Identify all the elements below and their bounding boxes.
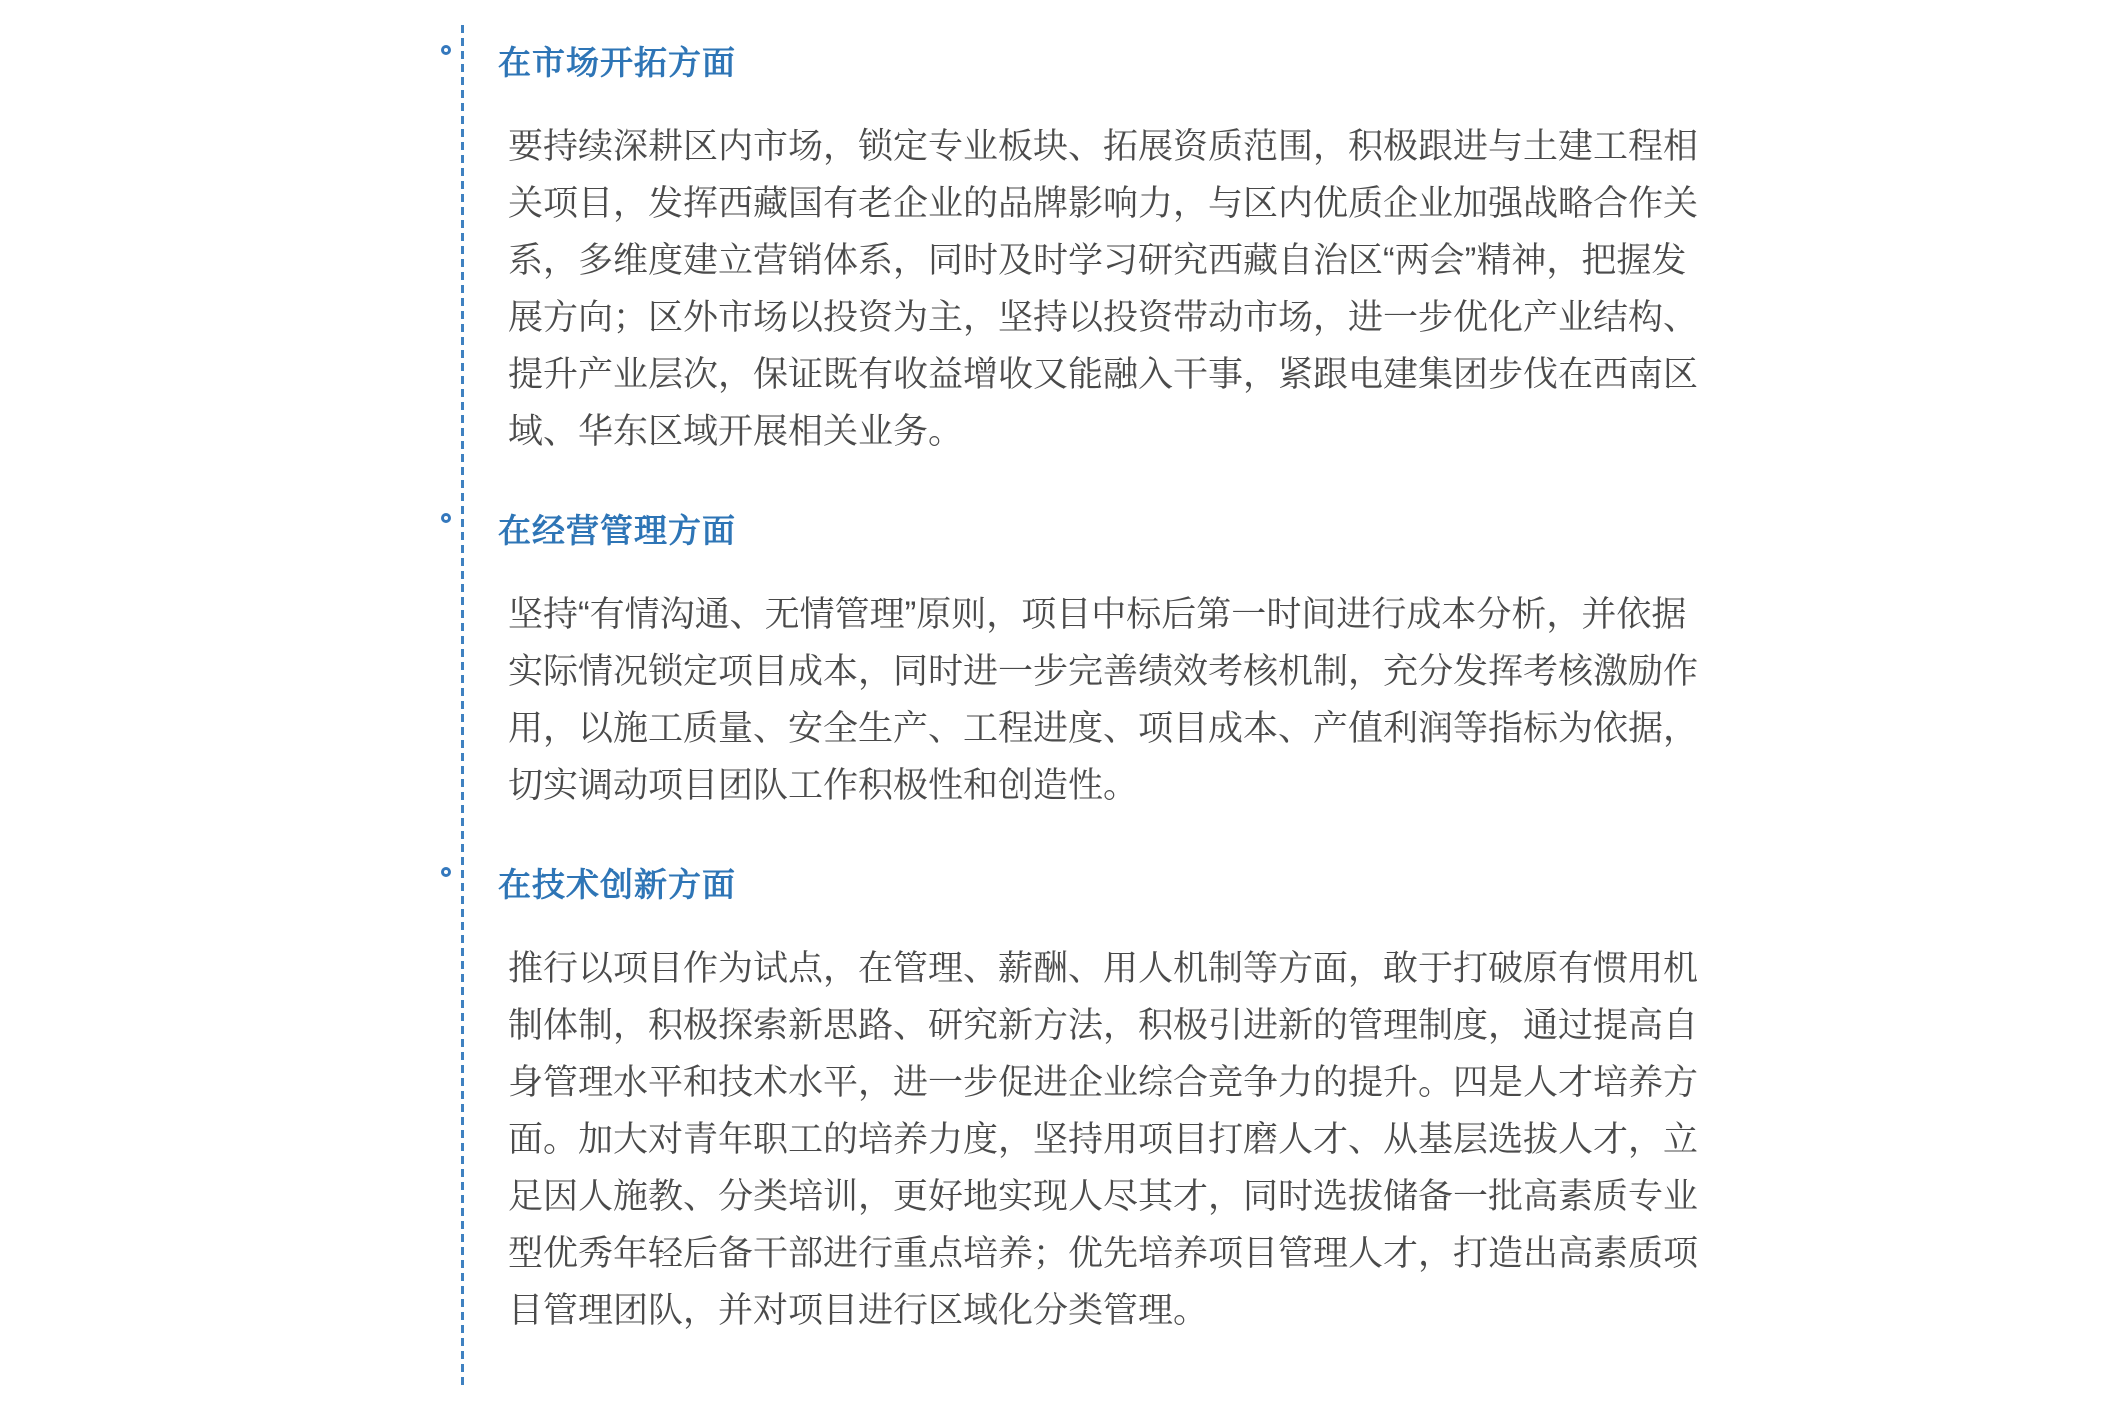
- paragraph-line: 目管理团队，并对项目进行区域化分类管理。: [508, 1282, 1788, 1339]
- section-paragraph: 坚持“有情沟通、无情管理”原则，项目中标后第一时间进行成本分析，并依据 实际情况…: [498, 586, 1788, 814]
- section-heading: 在技术创新方面: [498, 863, 1788, 907]
- section-paragraph: 要持续深耕区内市场，锁定专业板块、拓展资质范围，积极跟进与土建工程相 关项目，发…: [498, 118, 1788, 460]
- document-page: 在市场开拓方面 要持续深耕区内市场，锁定专业板块、拓展资质范围，积极跟进与土建工…: [0, 0, 2110, 1402]
- section-paragraph: 推行以项目作为试点，在管理、薪酬、用人机制等方面，敢于打破原有惯用机 制体制，积…: [498, 940, 1788, 1339]
- section-heading: 在市场开拓方面: [498, 41, 1788, 85]
- paragraph-line: 坚持“有情沟通、无情管理”原则，项目中标后第一时间进行成本分析，并依据: [508, 586, 1788, 643]
- paragraph-line: 面。加大对青年职工的培养力度，坚持用项目打磨人才、从基层选拔人才，立: [508, 1111, 1788, 1168]
- paragraph-line: 要持续深耕区内市场，锁定专业板块、拓展资质范围，积极跟进与土建工程相: [508, 118, 1788, 175]
- paragraph-line: 用，以施工质量、安全生产、工程进度、项目成本、产值利润等指标为依据，: [508, 700, 1788, 757]
- timeline-node-icon: [441, 45, 451, 55]
- paragraph-line: 制体制，积极探索新思路、研究新方法，积极引进新的管理制度，通过提高自: [508, 997, 1788, 1054]
- section-technology-innovation: 在技术创新方面 推行以项目作为试点，在管理、薪酬、用人机制等方面，敢于打破原有惯…: [498, 863, 1788, 1339]
- paragraph-line: 型优秀年轻后备干部进行重点培养；优先培养项目管理人才，打造出高素质项: [508, 1225, 1788, 1282]
- section-heading: 在经营管理方面: [498, 509, 1788, 553]
- timeline-node-icon: [441, 513, 451, 523]
- paragraph-line: 推行以项目作为试点，在管理、薪酬、用人机制等方面，敢于打破原有惯用机: [508, 940, 1788, 997]
- paragraph-line: 足因人施教、分类培训，更好地实现人尽其才，同时选拔储备一批高素质专业: [508, 1168, 1788, 1225]
- timeline-node-icon: [441, 867, 451, 877]
- paragraph-line: 关项目，发挥西藏国有老企业的品牌影响力，与区内优质企业加强战略合作关: [508, 175, 1788, 232]
- section-business-management: 在经营管理方面 坚持“有情沟通、无情管理”原则，项目中标后第一时间进行成本分析，…: [498, 509, 1788, 814]
- paragraph-line: 实际情况锁定项目成本，同时进一步完善绩效考核机制，充分发挥考核激励作: [508, 643, 1788, 700]
- timeline-content: 在市场开拓方面 要持续深耕区内市场，锁定专业板块、拓展资质范围，积极跟进与土建工…: [498, 41, 1788, 1339]
- section-market-development: 在市场开拓方面 要持续深耕区内市场，锁定专业板块、拓展资质范围，积极跟进与土建工…: [498, 41, 1788, 460]
- paragraph-line: 系，多维度建立营销体系，同时及时学习研究西藏自治区“两会”精神，把握发: [508, 232, 1788, 289]
- paragraph-line: 展方向；区外市场以投资为主，坚持以投资带动市场，进一步优化产业结构、: [508, 289, 1788, 346]
- paragraph-line: 切实调动项目团队工作积极性和创造性。: [508, 757, 1788, 814]
- paragraph-line: 域、华东区域开展相关业务。: [508, 403, 1788, 460]
- timeline-dashed-line: [461, 25, 464, 1385]
- paragraph-line: 提升产业层次，保证既有收益增收又能融入干事，紧跟电建集团步伐在西南区: [508, 346, 1788, 403]
- paragraph-line: 身管理水平和技术水平，进一步促进企业综合竞争力的提升。四是人才培养方: [508, 1054, 1788, 1111]
